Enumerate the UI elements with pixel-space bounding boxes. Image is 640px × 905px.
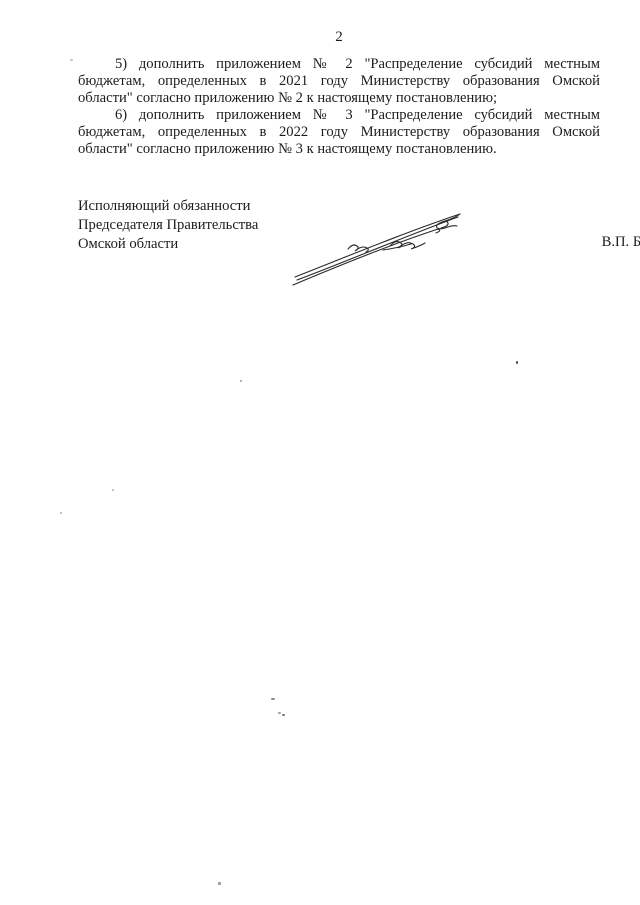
- scan-speck: [516, 361, 518, 364]
- scan-speck: [282, 714, 285, 716]
- text-line: области" согласно приложению № 3 к насто…: [78, 141, 600, 158]
- document-body: 5) дополнить приложением № 2 "Распределе…: [78, 56, 600, 159]
- scan-speck: [218, 882, 221, 885]
- text-line: 5) дополнить приложением № 2 "Распределе…: [78, 56, 600, 73]
- paragraph-item-6: 6) дополнить приложением № 3 "Распределе…: [78, 107, 600, 158]
- scan-speck: [70, 59, 73, 61]
- text-line: области" согласно приложению № 2 к насто…: [78, 90, 600, 107]
- document-page: 2 5) дополнить приложением № 2 "Распреде…: [0, 0, 640, 905]
- scan-speck: [240, 380, 242, 382]
- text-line: бюджетам, определенных в 2021 году Минис…: [78, 73, 600, 90]
- scan-speck: [278, 712, 281, 714]
- signatory-name: В.П. Бойко: [518, 233, 640, 252]
- scan-speck: [60, 512, 62, 514]
- scan-speck: [112, 489, 114, 491]
- text-line: 6) дополнить приложением № 3 "Распределе…: [78, 107, 600, 124]
- handwritten-signature-icon: [288, 202, 468, 288]
- text-line: бюджетам, определенных в 2022 году Минис…: [78, 124, 600, 141]
- paragraph-item-5: 5) дополнить приложением № 2 "Распределе…: [78, 56, 600, 107]
- scan-speck: [271, 698, 275, 700]
- page-number: 2: [78, 29, 600, 46]
